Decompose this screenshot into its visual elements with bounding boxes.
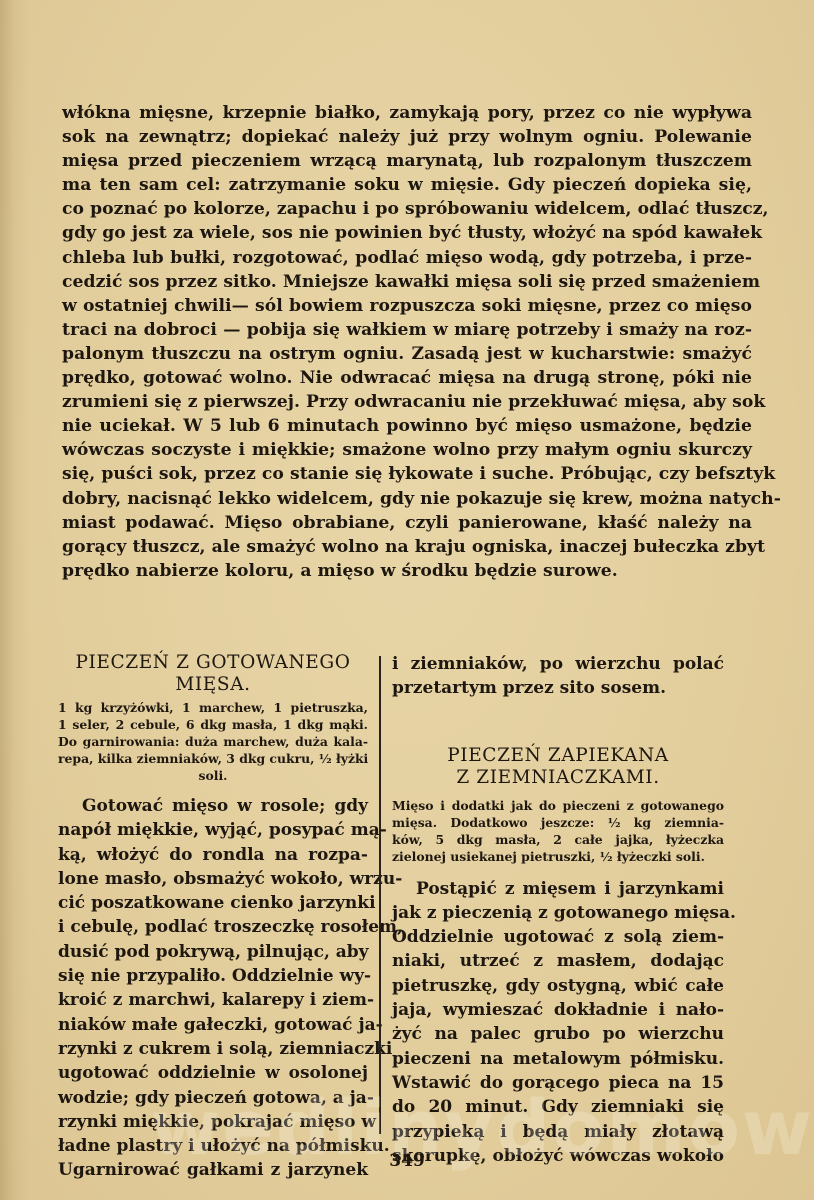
instruction-line: jak z pieczenią z gotowanego mięsa. (392, 901, 724, 925)
instruction-line: pietruszkę, gdy ostygną, wbić całe (392, 974, 724, 998)
instruction-line: rzynki z cukrem i solą, ziemniaczki (58, 1037, 368, 1061)
recipe-pieczen-zapiekana-z-ziemniaczkami: PIECZEŃ ZAPIEKANA Z ZIEMNIACZKAMI. Mięso… (392, 745, 724, 1169)
recipe-title: PIECZEŃ Z GOTOWANEGO MIĘSA. (58, 652, 368, 696)
recipe-continuation: i ziemniaków, po wierzchu polać przetart… (392, 652, 724, 701)
right-column: i ziemniaków, po wierzchu polać przetart… (392, 652, 724, 1168)
instruction-line: niaki, utrzeć z masłem, dodając (392, 949, 724, 973)
recipe-title: PIECZEŃ ZAPIEKANA Z ZIEMNIACZKAMI. (392, 745, 724, 789)
page-number: 349 (0, 1151, 814, 1171)
intro-paragraph: włókna mięsne, krzepnie białko, zamykają… (62, 101, 752, 583)
ingredients-list: Mięso i dodatki jak do pieczeni z gotowa… (392, 797, 724, 865)
ingredients-line: 1 seler, 2 cebule, 6 dkg masła, 1 dkg mą… (58, 716, 368, 733)
text-line: co poznać po kolorze, zapachu i po sprób… (62, 197, 752, 221)
recipe-pieczen-z-gotowanego-miesa: PIECZEŃ Z GOTOWANEGO MIĘSA. 1 kg krzyżów… (58, 652, 368, 1183)
text-line: traci na dobroci — pobija się wałkiem w … (62, 318, 752, 342)
text-line: palonym tłuszczu na ostrym ogniu. Zasadą… (62, 342, 752, 366)
ingredients-line: soli. (58, 767, 368, 784)
instruction-line: dusić pod pokrywą, pilnując, aby (58, 940, 368, 964)
ingredients-line: mięsa. Dodatkowo jeszcze: ½ kg ziemnia- (392, 814, 724, 831)
text-line: prędko, gotować wolno. Nie odwracać mięs… (62, 366, 752, 390)
text-line: włókna mięsne, krzepnie białko, zamykają… (62, 101, 752, 125)
text-line: w ostatniej chwili— sól bowiem rozpuszcz… (62, 294, 752, 318)
instruction-line: żyć na palec grubo po wierzchu (392, 1022, 724, 1046)
instruction-line: Postąpić z mięsem i jarzynkami (392, 877, 724, 901)
ingredients-line: ków, 5 dkg masła, 2 całe jajka, łyżeczka (392, 831, 724, 848)
ingredients-line: Mięso i dodatki jak do pieczeni z gotowa… (392, 797, 724, 814)
text-line: chleba lub bułki, rozgotować, podlać mię… (62, 246, 752, 270)
recipe-instructions: Postąpić z mięsem i jarzynkami jak z pie… (392, 877, 724, 1169)
text-line: wówczas soczyste i miękkie; smażone woln… (62, 438, 752, 462)
recipe-title-line: MIĘSA. (58, 674, 368, 696)
instruction-line: lone masło, obsmażyć wokoło, wrzu- (58, 867, 368, 891)
instruction-line: i ziemniaków, po wierzchu polać (392, 652, 724, 676)
instruction-line: wodzie; gdy pieczeń gotowa, a ja- (58, 1086, 368, 1110)
text-line: gdy go jest za wiele, sos nie powinien b… (62, 221, 752, 245)
text-line: prędko nabierze koloru, a mięso w środku… (62, 559, 752, 583)
text-line: zrumieni się z pierwszej. Przy odwracani… (62, 390, 752, 414)
text-line: nie uciekał. W 5 lub 6 minutach powinno … (62, 414, 752, 438)
text-line: sok na zewnątrz; dopiekać należy już prz… (62, 125, 752, 149)
text-line: gorący tłuszcz, ale smażyć wolno na kraj… (62, 535, 752, 559)
instruction-line: niaków małe gałeczki, gotować ja- (58, 1013, 368, 1037)
text-line: się, puści sok, przez co stanie się łyko… (62, 462, 752, 486)
ingredients-list: 1 kg krzyżówki, 1 marchew, 1 pietruszka,… (58, 699, 368, 784)
text-line: dobry, nacisnąć lekko widelcem, gdy nie … (62, 487, 752, 511)
instruction-line: kroić z marchwi, kalarepy i ziem- (58, 988, 368, 1012)
instruction-line: przetartym przez sito sosem. (392, 676, 724, 700)
column-divider (379, 656, 381, 1134)
ingredients-line: Do garnirowania: duża marchew, duża kala… (58, 733, 368, 750)
instruction-line: i cebulę, podlać troszeczkę rosołem, (58, 915, 368, 939)
instruction-line: do 20 minut. Gdy ziemniaki się (392, 1095, 724, 1119)
instruction-line: napół miękkie, wyjąć, posypać mą- (58, 818, 368, 842)
recipe-title-line: PIECZEŃ ZAPIEKANA (392, 745, 724, 767)
ingredients-line: 1 kg krzyżówki, 1 marchew, 1 pietruszka, (58, 699, 368, 716)
instruction-line: przypieką i będą miały złotawą (392, 1120, 724, 1144)
text-line: cedzić sos przez sitko. Mniejsze kawałki… (62, 270, 752, 294)
instruction-line: ką, włożyć do rondla na rozpa- (58, 843, 368, 867)
instruction-line: ugotować oddzielnie w osolonej (58, 1061, 368, 1085)
instruction-line: pieczeni na metalowym półmisku. (392, 1047, 724, 1071)
recipe-title-line: PIECZEŃ Z GOTOWANEGO (58, 652, 368, 674)
instruction-line: Gotować mięso w rosole; gdy (58, 794, 368, 818)
instruction-line: się nie przypaliło. Oddzielnie wy- (58, 964, 368, 988)
ingredients-line: zielonej usiekanej pietruszki, ½ łyżeczk… (392, 848, 724, 865)
instruction-line: rzynki miękkie, pokrajać mięso w (58, 1110, 368, 1134)
text-line: ma ten sam cel: zatrzymanie soku w mięsi… (62, 173, 752, 197)
text-line: miast podawać. Mięso obrabiane, czyli pa… (62, 511, 752, 535)
recipe-title-line: Z ZIEMNIACZKAMI. (392, 767, 724, 789)
instruction-line: Wstawić do gorącego pieca na 15 (392, 1071, 724, 1095)
recipe-instructions: Gotować mięso w rosole; gdy napół miękki… (58, 794, 368, 1183)
ingredients-line: repa, kilka ziemniaków, 3 dkg cukru, ½ ł… (58, 750, 368, 767)
instruction-line: cić poszatkowane cienko jarzynki (58, 891, 368, 915)
text-line: mięsa przed pieczeniem wrzącą marynatą, … (62, 149, 752, 173)
book-page: włókna mięsne, krzepnie białko, zamykają… (0, 0, 814, 1200)
instruction-line: jaja, wymieszać dokładnie i nało- (392, 998, 724, 1022)
instruction-line: Oddzielnie ugotować z solą ziem- (392, 925, 724, 949)
